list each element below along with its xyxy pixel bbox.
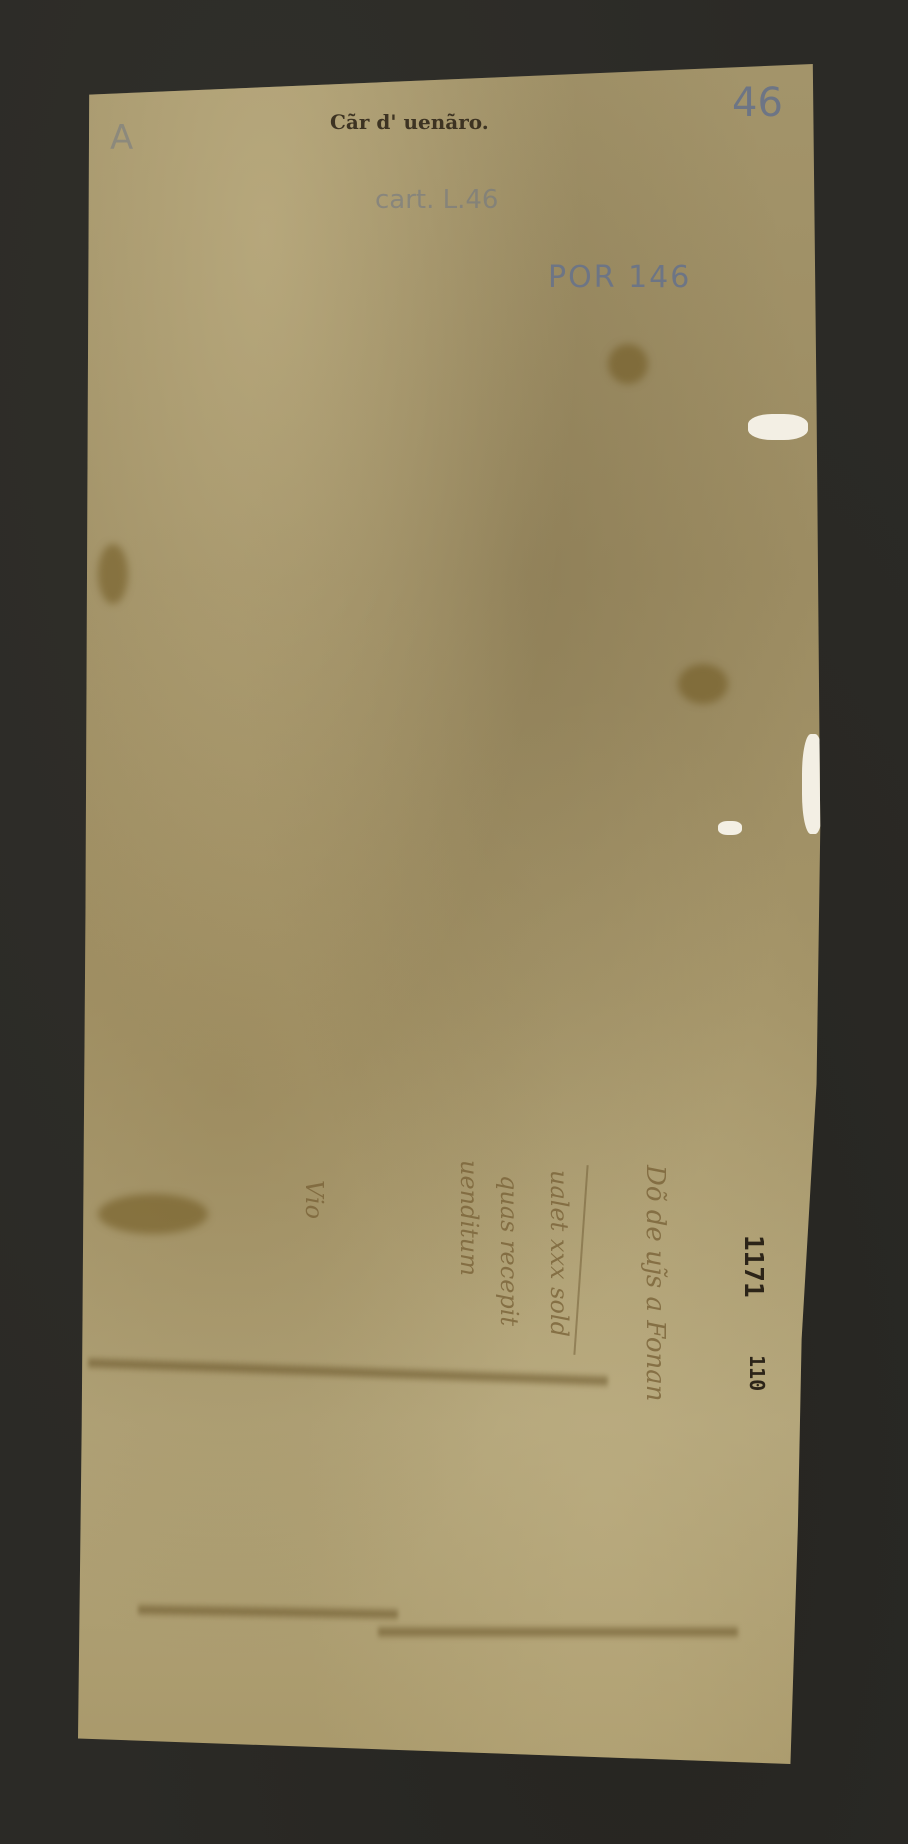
parchment-document [78,64,824,1764]
dorsal-note: Dõ de uj̃s a Fonan [640,1165,670,1402]
stain [98,1194,208,1234]
fold-crease [378,1624,738,1640]
pencil-reference: cart. L.46 [375,185,498,215]
stain [608,344,648,384]
stain [98,544,128,604]
folio-number: 46 [732,80,783,126]
dorsal-note: Vio [300,1180,328,1219]
fold-crease [88,1355,608,1389]
corner-mark: A [110,118,133,158]
archive-number: 1171 [738,1235,768,1298]
shelfmark: POR 146 [548,260,691,295]
parchment-hole [748,414,808,440]
dorsal-note: uenditum [455,1160,483,1276]
archive-number-secondary: 110 [745,1355,769,1391]
heading-inscription: Cãr d' uenãro. [330,110,489,134]
stain [678,664,728,704]
dorsal-note: ualet xxx sold [545,1170,573,1337]
fold-crease [138,1602,398,1623]
dorsal-note: quas recepit [495,1175,523,1326]
parchment-hole [718,821,742,835]
